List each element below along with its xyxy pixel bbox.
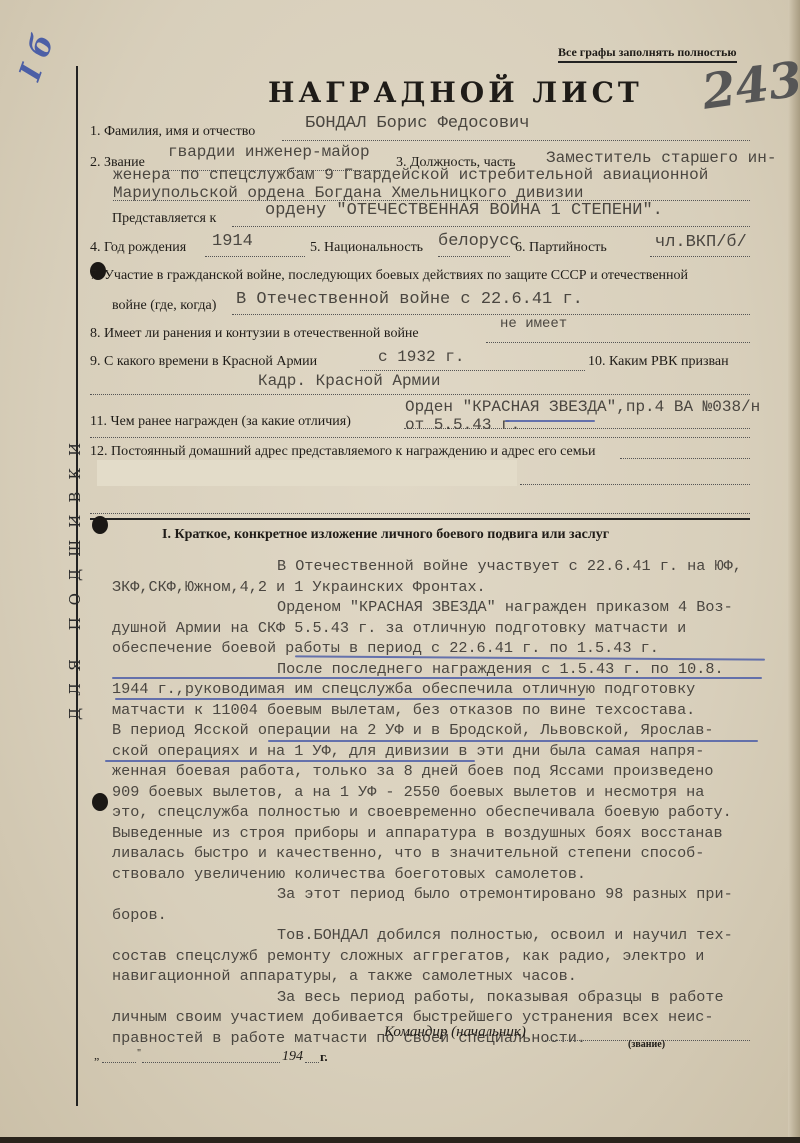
narrative-line: боров. bbox=[112, 905, 800, 926]
field-9-value[interactable]: с 1932 г. bbox=[378, 348, 464, 366]
field-12-label: 12. Постоянный домашний адрес представля… bbox=[90, 444, 596, 460]
narrative-line: После последнего награждения с 1.5.43 г.… bbox=[112, 659, 800, 680]
field-11-value-line1[interactable]: Орден "КРАСНАЯ ЗВЕЗДА",пр.4 ВА №038/н bbox=[405, 398, 760, 416]
corner-pencil-mark: I б bbox=[13, 30, 62, 85]
field-4-line bbox=[205, 256, 305, 257]
narrative-line: За весь период работы, показывая образцы… bbox=[112, 987, 800, 1008]
section-heading: I. Краткое, конкретное изложение личного… bbox=[162, 527, 609, 543]
narrative-line: ЗКФ,СКФ,Южном,4,2 и 1 Украинских Фронтах… bbox=[112, 577, 800, 598]
field-5-label: 5. Национальность bbox=[310, 240, 423, 256]
field-12-line-3 bbox=[90, 513, 750, 514]
narrative-line: В Отечественной войне участвует с 22.6.4… bbox=[112, 556, 800, 577]
narrative-line: душной Армии на СКФ 5.5.43 г. за отличну… bbox=[112, 618, 800, 639]
date-year-line[interactable] bbox=[305, 1062, 319, 1063]
binding-label: ДЛЯ ПОДШИВКИ bbox=[34, 430, 74, 730]
award-sheet-page: ДЛЯ ПОДШИВКИ I б Все графы заполнять пол… bbox=[0, 0, 800, 1143]
narrative-line: Выведенные из строя приборы и аппаратура… bbox=[112, 823, 800, 844]
commander-label: Командир (начальник) bbox=[384, 1024, 526, 1041]
blue-underline-order bbox=[505, 420, 595, 422]
field-4-value[interactable]: 1914 bbox=[212, 232, 253, 251]
narrative-line: обеспечение боевой работы в период с 22.… bbox=[112, 638, 800, 659]
narrative-line: ской операциях и на 1 УФ, для дивизии в … bbox=[112, 741, 800, 762]
field-10-value[interactable]: Кадр. Красной Армии bbox=[258, 372, 440, 390]
page-title: НАГРАДНОЙ ЛИСТ bbox=[268, 76, 643, 109]
field-8-label: 8. Имеет ли ранения и контузии в отечест… bbox=[90, 326, 419, 342]
narrative-line: матчасти к 11004 боевым вылетам, без отк… bbox=[112, 700, 800, 721]
punch-hole-bottom bbox=[92, 793, 108, 811]
date-open-quote: „ bbox=[94, 1048, 99, 1063]
field-1-value[interactable]: БОНДАЛ Борис Федосович bbox=[305, 114, 529, 133]
field-1-line bbox=[282, 140, 750, 141]
field-8-line bbox=[486, 342, 750, 343]
rank-sublabel: (звание) bbox=[628, 1039, 665, 1050]
field-12-line-2 bbox=[520, 484, 750, 485]
narrative-line: женная боевая работа, только за 8 дней б… bbox=[112, 761, 800, 782]
blue-underline bbox=[112, 677, 762, 679]
fill-instructions: Все графы заполнять полностью bbox=[558, 45, 737, 63]
blue-underline bbox=[105, 760, 475, 762]
narrative-line: В период Ясской операции на 2 УФ и в Бро… bbox=[112, 720, 800, 741]
presented-for-line bbox=[232, 226, 750, 227]
field-5-line bbox=[438, 256, 510, 257]
field-11-label: 11. Чем ранее награжден (за какие отличи… bbox=[90, 414, 351, 430]
field-3-value-line1[interactable]: Заместитель старшего ин- bbox=[546, 149, 776, 167]
redacted-address bbox=[97, 460, 517, 486]
narrative-line: 1944 г.,руководимая им спецслужба обеспе… bbox=[112, 679, 800, 700]
field-6-value[interactable]: чл.ВКП/б/ bbox=[655, 233, 747, 252]
field-6-line bbox=[650, 256, 750, 257]
narrative-line: 909 боевых вылетов, а на 1 УФ - 2550 бое… bbox=[112, 782, 800, 803]
field-3-value-line2[interactable]: женера по спецслужбам 9 Гвардейской истр… bbox=[113, 166, 708, 184]
narrative-line: Тов.БОНДАЛ добился полностью, освоил и н… bbox=[112, 925, 800, 946]
field-2-value[interactable]: гвардии инженер-майор bbox=[168, 143, 370, 161]
blue-underline bbox=[268, 740, 758, 742]
field-7-value[interactable]: В Отечественной войне с 22.6.41 г. bbox=[236, 290, 583, 309]
field-11-value-line2[interactable]: от 5.5.43 г. bbox=[405, 416, 520, 434]
field-4-label: 4. Год рождения bbox=[90, 240, 186, 256]
punch-hole-middle bbox=[92, 516, 108, 534]
field-11-line-2 bbox=[90, 437, 750, 438]
narrative-text: В Отечественной войне участвует с 22.6.4… bbox=[112, 556, 800, 1048]
presented-for-value[interactable]: ордену "ОТЕЧЕСТВЕННАЯ ВОЙНА 1 СТЕПЕНИ". bbox=[265, 201, 663, 220]
field-12-line bbox=[620, 458, 750, 459]
field-7-label: 7. Участие в гражданской войне, последую… bbox=[90, 268, 688, 284]
blue-underline bbox=[115, 698, 585, 700]
section-divider bbox=[90, 518, 750, 520]
date-year-suffix: г. bbox=[320, 1049, 328, 1065]
field-5-value[interactable]: белорусс bbox=[438, 232, 520, 251]
field-7-line bbox=[232, 314, 750, 315]
date-year-prefix: 194 bbox=[282, 1049, 303, 1065]
narrative-line: Орденом "КРАСНАЯ ЗВЕЗДА" награжден прика… bbox=[112, 597, 800, 618]
field-10-label: 10. Каким РВК призван bbox=[588, 354, 729, 370]
narrative-line: За этот период было отремонтировано 98 р… bbox=[112, 884, 800, 905]
field-1-label: 1. Фамилия, имя и отчество bbox=[90, 124, 255, 140]
field-6-label: 6. Партийность bbox=[515, 240, 607, 256]
narrative-line: состав спецслужб ремонту сложных аггрега… bbox=[112, 946, 800, 967]
narrative-line: ствовало увеличению количества боеготовы… bbox=[112, 864, 800, 885]
field-10-line bbox=[90, 394, 750, 395]
field-7-label-2: войне (где, когда) bbox=[112, 298, 216, 314]
date-month-line[interactable] bbox=[142, 1062, 280, 1063]
date-day-line[interactable] bbox=[102, 1062, 136, 1063]
field-8-value[interactable]: не имеет bbox=[500, 316, 567, 332]
narrative-line: навигационной аппаратуры, а также самоле… bbox=[112, 966, 800, 987]
field-9-line bbox=[360, 370, 585, 371]
date-close-quote: " bbox=[137, 1048, 141, 1059]
paper-edge-bottom bbox=[0, 1137, 800, 1143]
narrative-line: ливалась быстро и качественно, что в зна… bbox=[112, 843, 800, 864]
field-9-label: 9. С какого времени в Красной Армии bbox=[90, 354, 317, 370]
narrative-line: это, спецслужба полностью и своевременно… bbox=[112, 802, 800, 823]
presented-for-label: Представляется к bbox=[112, 211, 216, 227]
